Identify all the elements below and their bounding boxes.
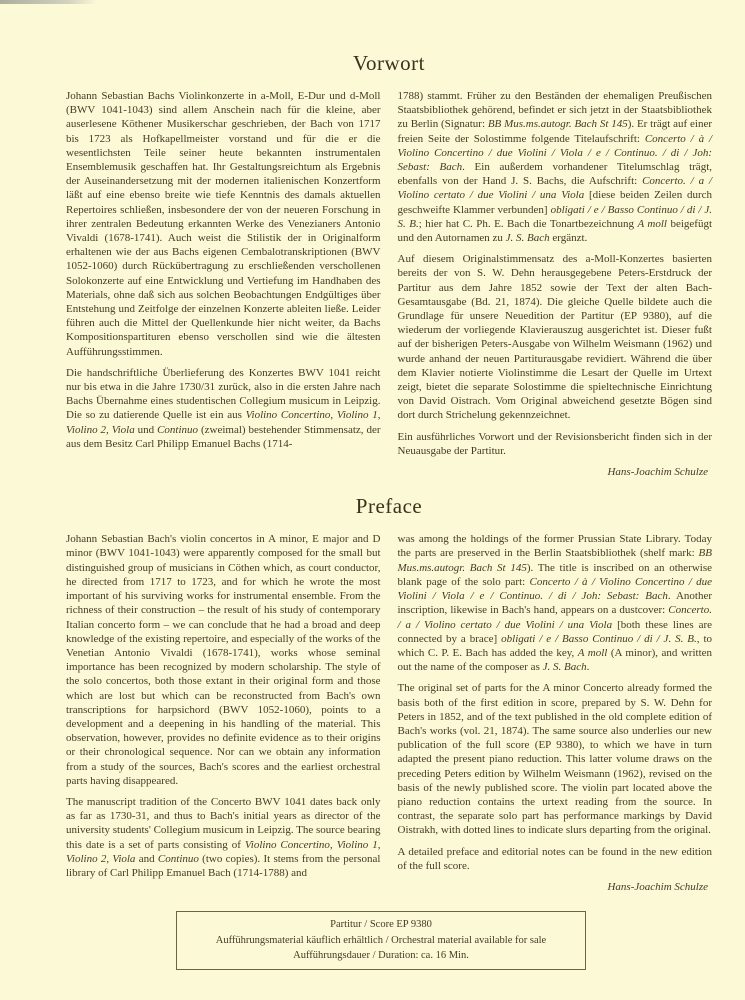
vorwort-column-left: Johann Sebastian Bachs Violinkonzerte in…: [66, 89, 381, 479]
vorwort-column-right: 1788) stammt. Früher zu den Beständen de…: [398, 89, 713, 479]
preface-title: Preface: [66, 493, 712, 519]
preface-column-right-text: was among the holdings of the former Pru…: [398, 532, 713, 873]
vorwort-column-right-text: 1788) stammt. Früher zu den Beständen de…: [398, 89, 713, 458]
preface-column-left: Johann Sebastian Bach's violin concertos…: [66, 532, 381, 894]
paragraph: Ein ausführliches Vorwort und der Revisi…: [398, 430, 713, 458]
scan-edge-artifact: [0, 0, 97, 4]
preface-section: Preface Johann Sebastian Bach's violin c…: [66, 493, 712, 894]
page-body: Vorwort Johann Sebastian Bachs Violinkon…: [0, 0, 745, 970]
paragraph: The manuscript tradition of the Concerto…: [66, 795, 381, 880]
edition-info-line: Aufführungsdauer / Duration: ca. 16 Min.: [185, 948, 577, 964]
paragraph: Johann Sebastian Bachs Violinkonzerte in…: [66, 89, 381, 359]
vorwort-section: Vorwort Johann Sebastian Bachs Violinkon…: [66, 50, 712, 479]
paragraph: The original set of parts for the A mino…: [398, 681, 713, 837]
paragraph: Die handschriftliche Überlieferung des K…: [66, 366, 381, 451]
paragraph: 1788) stammt. Früher zu den Beständen de…: [398, 89, 713, 245]
vorwort-columns: Johann Sebastian Bachs Violinkonzerte in…: [66, 89, 712, 479]
vorwort-title: Vorwort: [66, 50, 712, 76]
paragraph: A detailed preface and editorial notes c…: [398, 845, 713, 873]
paragraph: Auf diesem Originalstimmensatz des a-Mol…: [398, 252, 713, 422]
paragraph: was among the holdings of the former Pru…: [398, 532, 713, 674]
edition-info-line: Partitur / Score EP 9380: [185, 917, 577, 933]
scanned-preface-page: { "page": { "background": "#fbf9d6", "in…: [0, 0, 745, 1000]
preface-columns: Johann Sebastian Bach's violin concertos…: [66, 532, 712, 894]
vorwort-signature: Hans-Joachim Schulze: [398, 465, 713, 479]
edition-info-box: Partitur / Score EP 9380Aufführungsmater…: [176, 911, 586, 970]
preface-column-right: was among the holdings of the former Pru…: [398, 532, 713, 894]
edition-info-line: Aufführungsmaterial käuflich erhältlich …: [185, 933, 577, 949]
preface-signature: Hans-Joachim Schulze: [398, 880, 713, 894]
paragraph: Johann Sebastian Bach's violin concertos…: [66, 532, 381, 788]
